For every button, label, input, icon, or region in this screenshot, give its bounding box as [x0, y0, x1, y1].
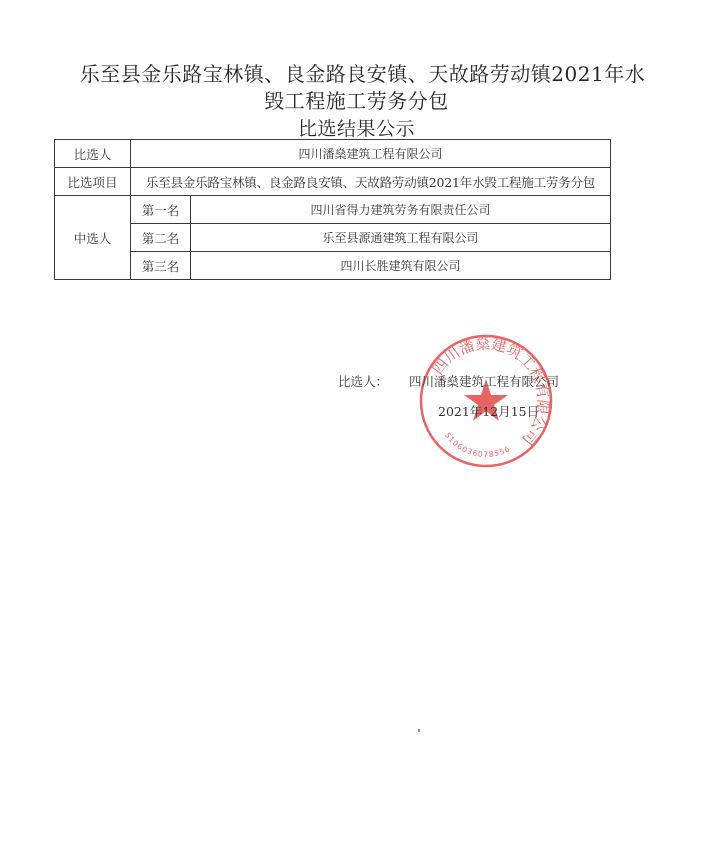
winner-company-2: 乐至县源通建筑工程有限公司 [191, 224, 611, 252]
winner-label: 中选人 [55, 196, 131, 280]
winner-company-3: 四川长胜建筑有限公司 [191, 252, 611, 280]
project-value: 乐至县金乐路宝林镇、良金路良安镇、天故路劳动镇2021年水毁工程施工劳务分包 [131, 168, 611, 196]
document-subtitle: 比选结果公示 [0, 114, 713, 141]
winner-rank-1: 第一名 [131, 196, 191, 224]
signature-company: 四川潘燊建筑工程有限公司 [409, 372, 559, 390]
table-row-winner-3: 第三名 四川长胜建筑有限公司 [55, 252, 611, 280]
table-row-selector: 比选人 四川潘燊建筑工程有限公司 [55, 140, 611, 168]
project-label: 比选项目 [55, 168, 131, 196]
winner-rank-3: 第三名 [131, 252, 191, 280]
seal-number: 5106036078556 [443, 431, 512, 459]
seal-ring-text: 四川潘燊建筑工程有限公司 [429, 335, 553, 449]
table-row-winner-1: 中选人 第一名 四川省得力建筑劳务有限责任公司 [55, 196, 611, 224]
winner-rank-2: 第二名 [131, 224, 191, 252]
selector-value: 四川潘燊建筑工程有限公司 [131, 140, 611, 168]
signature-date: 2021年12月15日 [438, 402, 539, 420]
document-title-line-2: 毁工程施工劳务分包 [0, 85, 713, 114]
signature-label: 比选人： [338, 372, 388, 390]
company-seal-icon: 四川潘燊建筑工程有限公司 5106036078556 [418, 333, 554, 469]
svg-text:四川潘燊建筑工程有限公司: 四川潘燊建筑工程有限公司 [429, 335, 553, 449]
winner-company-1: 四川省得力建筑劳务有限责任公司 [191, 196, 611, 224]
table-row-project: 比选项目 乐至县金乐路宝林镇、良金路良安镇、天故路劳动镇2021年水毁工程施工劳… [55, 168, 611, 196]
table-row-winner-2: 第二名 乐至县源通建筑工程有限公司 [55, 224, 611, 252]
svg-text:5106036078556: 5106036078556 [443, 431, 512, 459]
scan-speck [418, 729, 420, 732]
selector-label: 比选人 [55, 140, 131, 168]
selection-result-table: 比选人 四川潘燊建筑工程有限公司 比选项目 乐至县金乐路宝林镇、良金路良安镇、天… [54, 139, 611, 280]
document-title-line-1: 乐至县金乐路宝林镇、良金路良安镇、天故路劳动镇2021年水 [6, 58, 713, 87]
